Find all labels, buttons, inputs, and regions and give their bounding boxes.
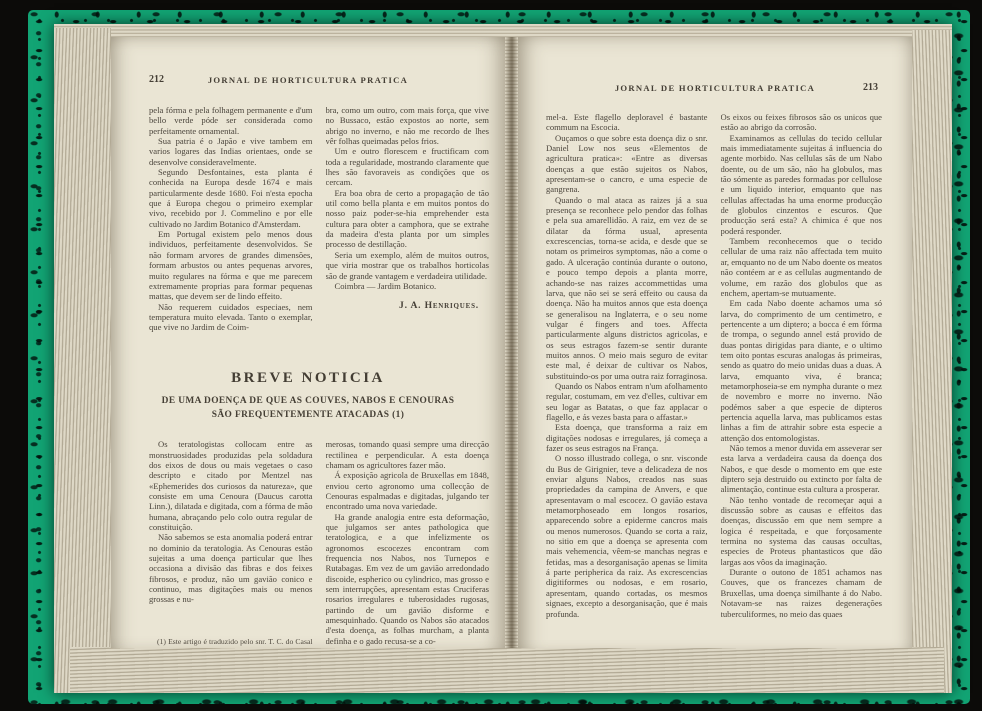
paragraph: pela fórma e pela folhagem permanente e … [149, 105, 313, 136]
paragraph: Não sabemos se esta anomalia poderá entr… [149, 532, 313, 604]
left-page-header: 212 JORNAL DE HORTICULTURA PRATICA [111, 75, 505, 88]
page-edge-stack-left [54, 28, 111, 693]
column-flow: mel-a. Este flagello deploravel é bastan… [546, 112, 708, 619]
column-flow: merosas, tomando quasi sempre uma direcç… [326, 439, 490, 646]
paragraph: Seria um exemplo, além de muitos outros,… [326, 250, 490, 281]
paragraph: Em Portugal existem pelo menos dous indi… [149, 229, 313, 301]
article-heading: BREVE NOTICIA DE UMA DOENÇA DE QUE AS CO… [111, 370, 505, 422]
paragraph: Não requerem cuidados especiaes, nem tem… [149, 302, 313, 333]
right-page: JORNAL DE HORTICULTURA PRATICA 213 mel-a… [518, 37, 912, 648]
paragraph: Não tenho vontade de recomeçar aqui a di… [721, 495, 883, 567]
text-column: pela fórma e pela folhagem permanente e … [149, 105, 313, 355]
page-edge-stack-bottom [70, 647, 944, 693]
paragraph: mel-a. Este flagello deploravel é bastan… [546, 112, 708, 133]
text-column: Os teratologistas collocam entre as mons… [149, 439, 313, 648]
paragraph: Coimbra — Jardim Botanico. [326, 281, 490, 291]
page-number-right: 213 [863, 82, 878, 93]
paragraph: Quando o mal ataca as raizes já a sua pr… [546, 195, 708, 381]
paragraph: Sua patria é o Japão e vive tambem em va… [149, 136, 313, 167]
column-flow: Os teratologistas collocam entre as mons… [149, 439, 313, 605]
paragraph: Ouçamos o que sobre esta doença diz o sn… [546, 133, 708, 195]
text-column: bra, como um outro, com mais força, que … [326, 105, 490, 355]
page-block: 212 JORNAL DE HORTICULTURA PRATICA pela … [54, 24, 952, 693]
running-head-left: JORNAL DE HORTICULTURA PRATICA [111, 75, 505, 85]
right-page-header: JORNAL DE HORTICULTURA PRATICA 213 [518, 83, 912, 96]
paragraph: Esta doença, que transforma a raiz em di… [546, 422, 708, 453]
paragraph: Não temos a menor duvida em asseverar se… [721, 443, 883, 495]
paragraph: bra, como um outro, com mais força, que … [326, 105, 490, 146]
paragraph: Examinamos as cellulas do tecido cellula… [721, 133, 883, 236]
book-gutter [505, 37, 518, 648]
footnote: (1) Este artigo é traduzido pelo snr. T.… [149, 637, 313, 648]
paragraph: Ha grande analogia entre esta deformação… [326, 512, 490, 646]
paragraph: O nosso illustrado collega, o snr. visco… [546, 453, 708, 619]
article-subtitle: DE UMA DOENÇA DE QUE AS COUVES, NABOS E … [156, 394, 461, 422]
text-column: merosas, tomando quasi sempre uma direcç… [326, 439, 490, 648]
paragraph: Tambem reconhecemos que o tecido cellula… [721, 236, 883, 298]
article-title: BREVE NOTICIA [111, 370, 505, 387]
left-page-lower-columns: Os teratologistas collocam entre as mons… [149, 439, 489, 648]
running-head-right: JORNAL DE HORTICULTURA PRATICA [518, 83, 912, 93]
footnote-text: (1) Este artigo é traduzido pelo snr. T.… [149, 637, 313, 648]
page-edge-stack-right [912, 30, 952, 693]
column-flow: bra, como um outro, com mais força, que … [326, 105, 490, 291]
paragraph: Os eixos ou feixes fibrosos são os unico… [721, 112, 883, 133]
paragraph: Durante o outono de 1851 achamos nas Cou… [721, 567, 883, 619]
text-column: mel-a. Este flagello deploravel é bastan… [546, 112, 708, 640]
author-signature: J. A. Henriques. [326, 300, 490, 311]
book-photo: 212 JORNAL DE HORTICULTURA PRATICA pela … [0, 0, 982, 711]
paragraph: Em cada Nabo doente achamos uma só larva… [721, 298, 883, 443]
paragraph: Os teratologistas collocam entre as mons… [149, 439, 313, 532]
column-flow: Os eixos ou feixes fibrosos são os unico… [721, 112, 883, 619]
paragraph: Era boa obra de certo a propagação de tã… [326, 188, 490, 250]
left-page-upper-columns: pela fórma e pela folhagem permanente e … [149, 105, 489, 355]
open-spread: 212 JORNAL DE HORTICULTURA PRATICA pela … [111, 37, 912, 648]
paragraph: Á exposição agricola de Bruxellas em 184… [326, 470, 490, 511]
paragraph: Um e outro florescem e fructificam com t… [326, 146, 490, 187]
left-page: 212 JORNAL DE HORTICULTURA PRATICA pela … [111, 37, 505, 648]
paragraph: merosas, tomando quasi sempre uma direcç… [326, 439, 490, 470]
paragraph: Segundo Desfontaines, esta planta é conh… [149, 167, 313, 229]
paragraph: Quando os Nabos entram n'um afolhamento … [546, 381, 708, 422]
right-page-columns: mel-a. Este flagello deploravel é bastan… [546, 112, 882, 640]
text-column: Os eixos ou feixes fibrosos são os unico… [721, 112, 883, 640]
column-flow: pela fórma e pela folhagem permanente e … [149, 105, 313, 333]
